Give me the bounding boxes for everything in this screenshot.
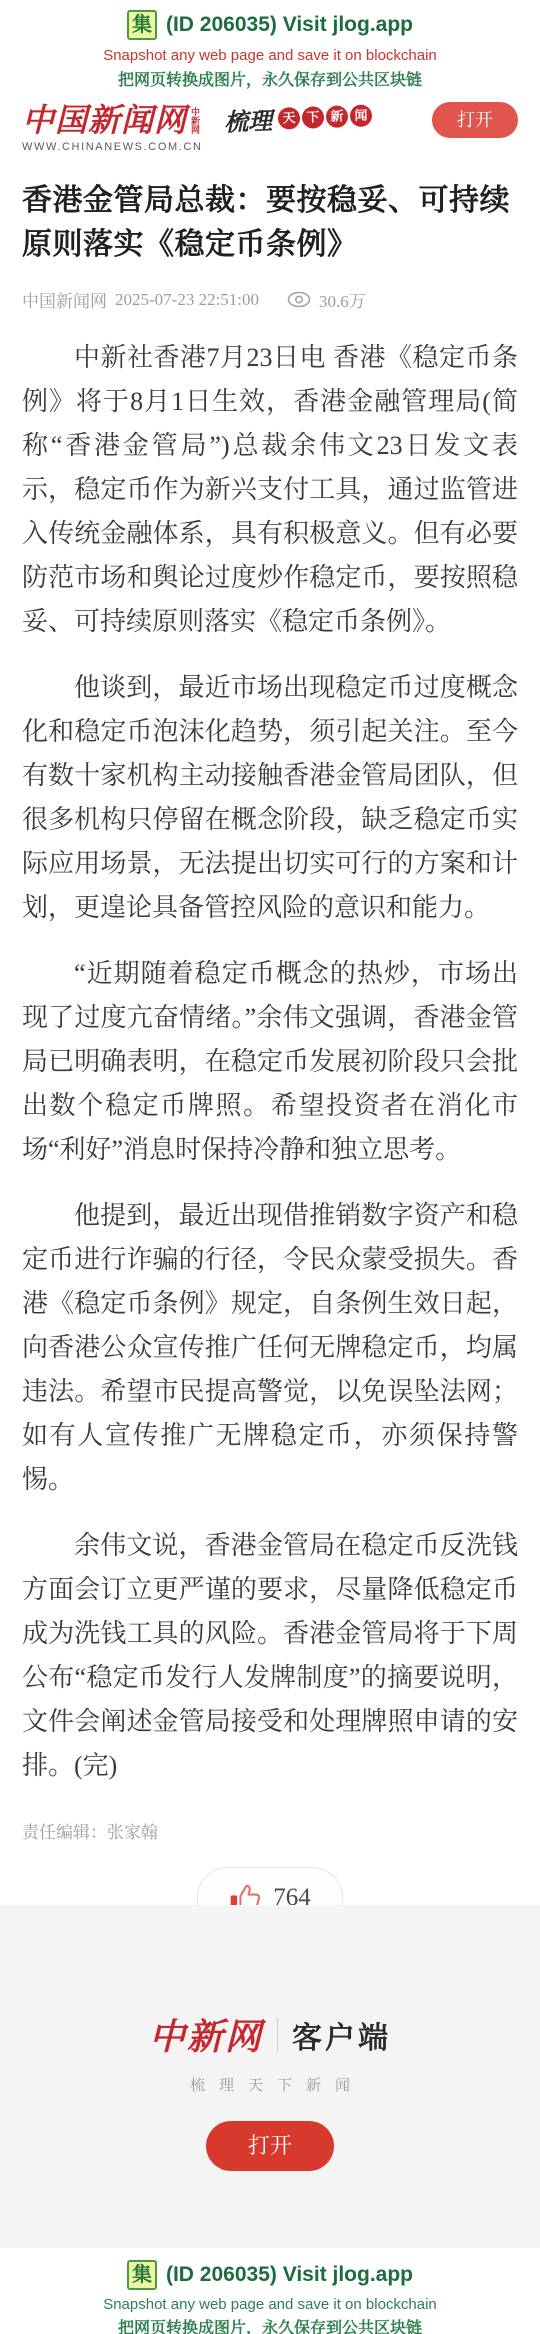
footer-logo-text: 中新网 xyxy=(149,2009,263,2060)
page: 集 (ID 206035) Visit jlog.app Snapshot an… xyxy=(0,0,540,2334)
article-paragraph: 中新社香港7月23日电 香港《稳定币条例》将于8月1日生效，香港金融管理局(简称… xyxy=(22,336,518,644)
eye-icon xyxy=(287,291,311,308)
article-paragraph: 余伟文说，香港金管局在稳定币反洗钱方面会订立更严谨的要求，尽量降低稳定币成为洗钱… xyxy=(22,1524,518,1788)
open-app-button-top[interactable]: 打开 xyxy=(432,102,518,138)
slogan-badge: 闻 xyxy=(350,104,373,127)
article: 香港金管局总裁：要按稳妥、可持续原则落实《稳定币条例》 中国新闻网 2025-0… xyxy=(0,179,540,1929)
site-logo-text: 中国新闻网 xyxy=(22,102,187,138)
jlog-tagline-zh: 把网页转换成图片，永久保存到公共区块链 xyxy=(0,2315,540,2334)
jlog-link-top[interactable]: 集 (ID 206035) Visit jlog.app xyxy=(0,10,540,40)
jlog-banner-top: 集 (ID 206035) Visit jlog.app Snapshot an… xyxy=(0,0,540,90)
article-body: 中新社香港7月23日电 香港《稳定币条例》将于8月1日生效，香港金融管理局(简称… xyxy=(22,336,518,1788)
article-title: 香港金管局总裁：要按稳妥、可持续原则落实《稳定币条例》 xyxy=(22,179,518,267)
footer-logo-divider xyxy=(277,2018,278,2052)
article-paragraph: 他谈到，最近市场出现稳定币过度概念化和稳定币泡沫化趋势，须引起关注。至今有数十家… xyxy=(22,666,518,930)
jlog-banner-bottom: 集 (ID 206035) Visit jlog.app Snapshot an… xyxy=(0,2248,540,2334)
footer-slogan: 梳理天下新闻 xyxy=(0,2074,540,2095)
site-logo-side-text: 中新网 xyxy=(190,107,200,134)
footer-app-label: 客户端 xyxy=(292,2013,391,2057)
site-url: WWW.CHINANEWS.COM.CN xyxy=(22,141,518,153)
site-header: 中国新闻网 中新网 梳理 天 下 新 闻 WWW.CHINANEWS.COM.C… xyxy=(0,90,540,157)
jlog-logo-icon: 集 xyxy=(127,2260,157,2290)
footer-logo: 中新网 客户端 xyxy=(0,2009,540,2060)
open-app-button-bottom[interactable]: 打开 xyxy=(206,2121,334,2171)
app-promo-footer: 中新网 客户端 梳理天下新闻 打开 xyxy=(0,1905,540,2248)
editor-credit: 责任编辑：张家翰 xyxy=(22,1818,518,1843)
jlog-tagline-zh: 把网页转换成图片，永久保存到公共区块链 xyxy=(0,67,540,90)
article-paragraph: 他提到，最近出现借推销数字资产和稳定币进行诈骗的行径，令民众蒙受损失。香港《稳定… xyxy=(22,1194,518,1502)
jlog-tagline-en: Snapshot any web page and save it on blo… xyxy=(0,2296,540,2313)
view-counter: 30.6万 xyxy=(287,287,366,312)
article-source: 中国新闻网 xyxy=(22,287,107,312)
jlog-title: (ID 206035) Visit jlog.app xyxy=(166,13,413,37)
slogan-badge: 天 xyxy=(278,106,301,129)
article-meta: 中国新闻网 2025-07-23 22:51:00 30.6万 xyxy=(22,287,518,312)
jlog-tagline-en: Snapshot any web page and save it on blo… xyxy=(0,47,540,64)
jlog-logo-icon: 集 xyxy=(127,10,157,40)
jlog-link-bottom[interactable]: 集 (ID 206035) Visit jlog.app xyxy=(0,2260,540,2290)
article-paragraph: “近期随着稳定币概念的热炒，市场出现了过度亢奋情绪。”余伟文强调，香港金管局已明… xyxy=(22,952,518,1172)
article-datetime: 2025-07-23 22:51:00 xyxy=(115,290,259,310)
view-count: 30.6万 xyxy=(319,287,366,312)
slogan-badge: 新 xyxy=(326,105,349,128)
jlog-title: (ID 206035) Visit jlog.app xyxy=(166,2263,413,2287)
slogan-badge: 下 xyxy=(302,106,325,129)
slogan-prefix: 梳理 xyxy=(223,101,272,138)
site-slogan-stamp: 梳理 天 下 新 闻 xyxy=(223,97,372,137)
